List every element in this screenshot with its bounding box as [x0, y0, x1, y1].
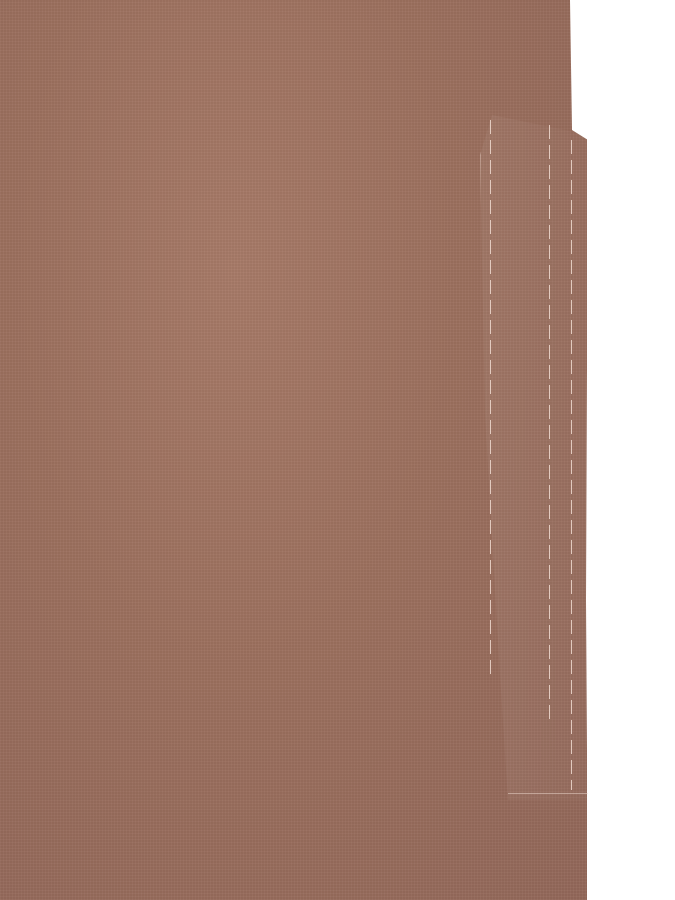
patch-edge [508, 793, 588, 794]
stitch-line [490, 120, 491, 680]
stitch-line [549, 125, 550, 725]
stitch-line [571, 140, 572, 790]
fabric-photo [0, 0, 675, 900]
